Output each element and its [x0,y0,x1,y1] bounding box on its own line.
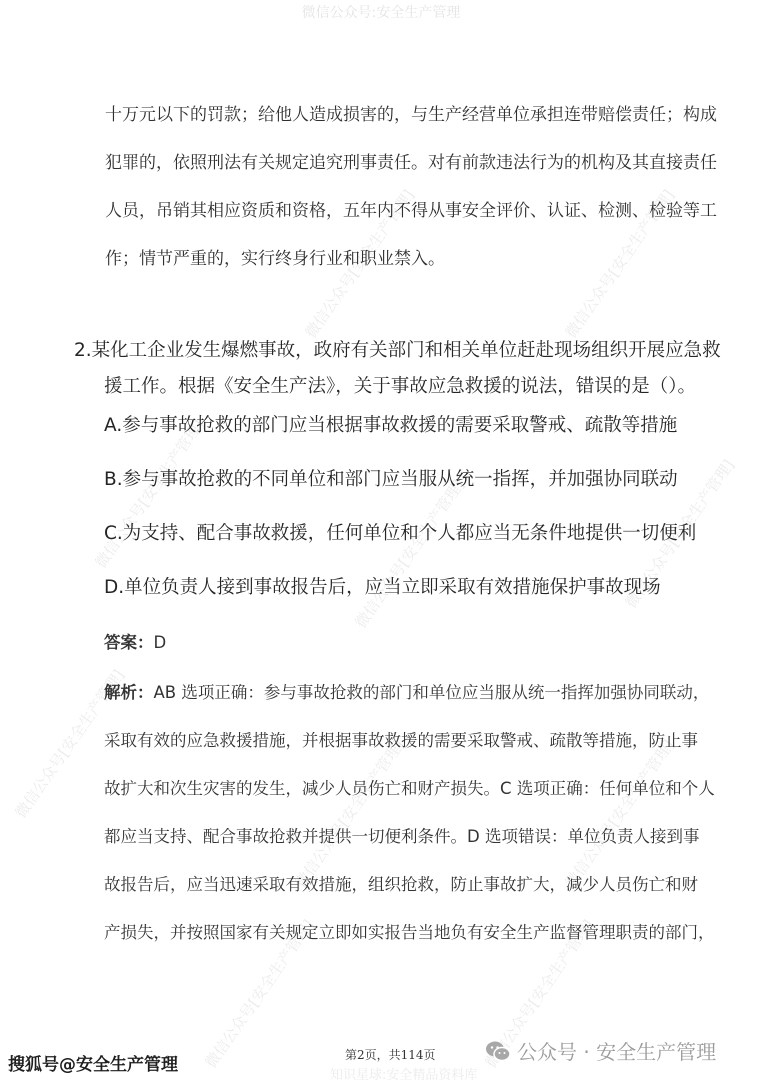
document-page: 微信公众号:安全生产管理 微信公众号[安全生产管理] 微信公众号[安全生产管理]… [0,0,762,1080]
answer: 答案：D [104,632,166,654]
question-stem-line: 援工作。根据《安全生产法》，关于事故应急救援的说法，错误的是（）。 [104,375,696,399]
diagonal-watermark: 微信公众号[安全生产管理] [290,735,409,892]
paragraph-line: 人员，吊销其相应资质和资格，五年内不得从事安全评价、认证、检测、检验等工 [105,200,717,222]
analysis-line: 采取有效的应急救援措施，并根据事故救援的需要采取警戒、疏散等措施，防止事 [104,730,698,752]
option-d: D.单位负责人接到事故报告后，应当立即采取有效措施保护事故现场 [104,576,661,600]
analysis-label: 解析： [104,683,154,702]
analysis-line: 都应当支持、配合事故抢救并提供一切便利条件。D 选项错误：单位负责人接到事 [104,826,699,848]
wechat-icon [485,1040,511,1062]
brand-text: 公众号 · 安全生产管理 [517,1036,716,1065]
option-c: C.为支持、配合事故救援，任何单位和个人都应当无条件地提供一切便利 [104,522,696,546]
analysis-line: 故报告后，应当迅速采取有效措施，组织抢救，防止事故扩大，减少人员伤亡和财 [104,874,698,896]
diagonal-watermark: 微信公众号[安全生产管理] [90,415,209,572]
option-a: A.参与事故抢救的部门应当根据事故救援的需要采取警戒、疏散等措施 [104,414,677,438]
diagonal-watermark: 微信公众号[安全生产管理] [560,735,679,892]
top-watermark: 微信公众号:安全生产管理 [0,2,762,22]
question-stem-line: 2.某化工企业发生爆燃事故，政府有关部门和相关单位赶赴现场组织开展应急救 [74,339,721,363]
option-b: B.参与事故抢救的不同单位和部门应当服从统一指挥，并加强协同联动 [104,468,678,492]
wechat-brand: 公众号 · 安全生产管理 [485,1036,716,1065]
page-indicator: 第2页，共114页 [345,1046,436,1063]
analysis-line: 解析：AB 选项正确：参与事故抢救的部门和单位应当服从统一指挥加强协同联动， [104,682,709,704]
diagonal-watermark: 微信公众号[安全生产管理] [350,475,469,632]
paragraph-line: 作；情节严重的，实行终身行业和职业禁入。 [105,248,445,270]
answer-label: 答案： [104,633,154,652]
answer-value: D [154,633,167,652]
analysis-line: 产损失，并按照国家有关规定立即如实报告当地负有安全生产监督管理职责的部门， [104,922,715,944]
footer-watermark: 知识星球:安全精品资料库 [330,1064,477,1080]
paragraph-line: 十万元以下的罚款；给他人造成损害的，与生产经营单位承担连带赔偿责任；构成 [105,104,717,126]
analysis-line: 故扩大和次生灾害的发生，减少人员伤亡和财产损失。C 选项正确：任何单位和个人 [104,778,715,800]
source-label: 搜狐号@安全生产管理 [8,1050,178,1075]
paragraph-line: 犯罪的，依照刑法有关规定追究刑事责任。对有前款违法行为的机构及其直接责任 [105,152,717,174]
analysis-text: AB 选项正确：参与事故抢救的部门和单位应当服从统一指挥加强协同联动， [154,683,710,702]
